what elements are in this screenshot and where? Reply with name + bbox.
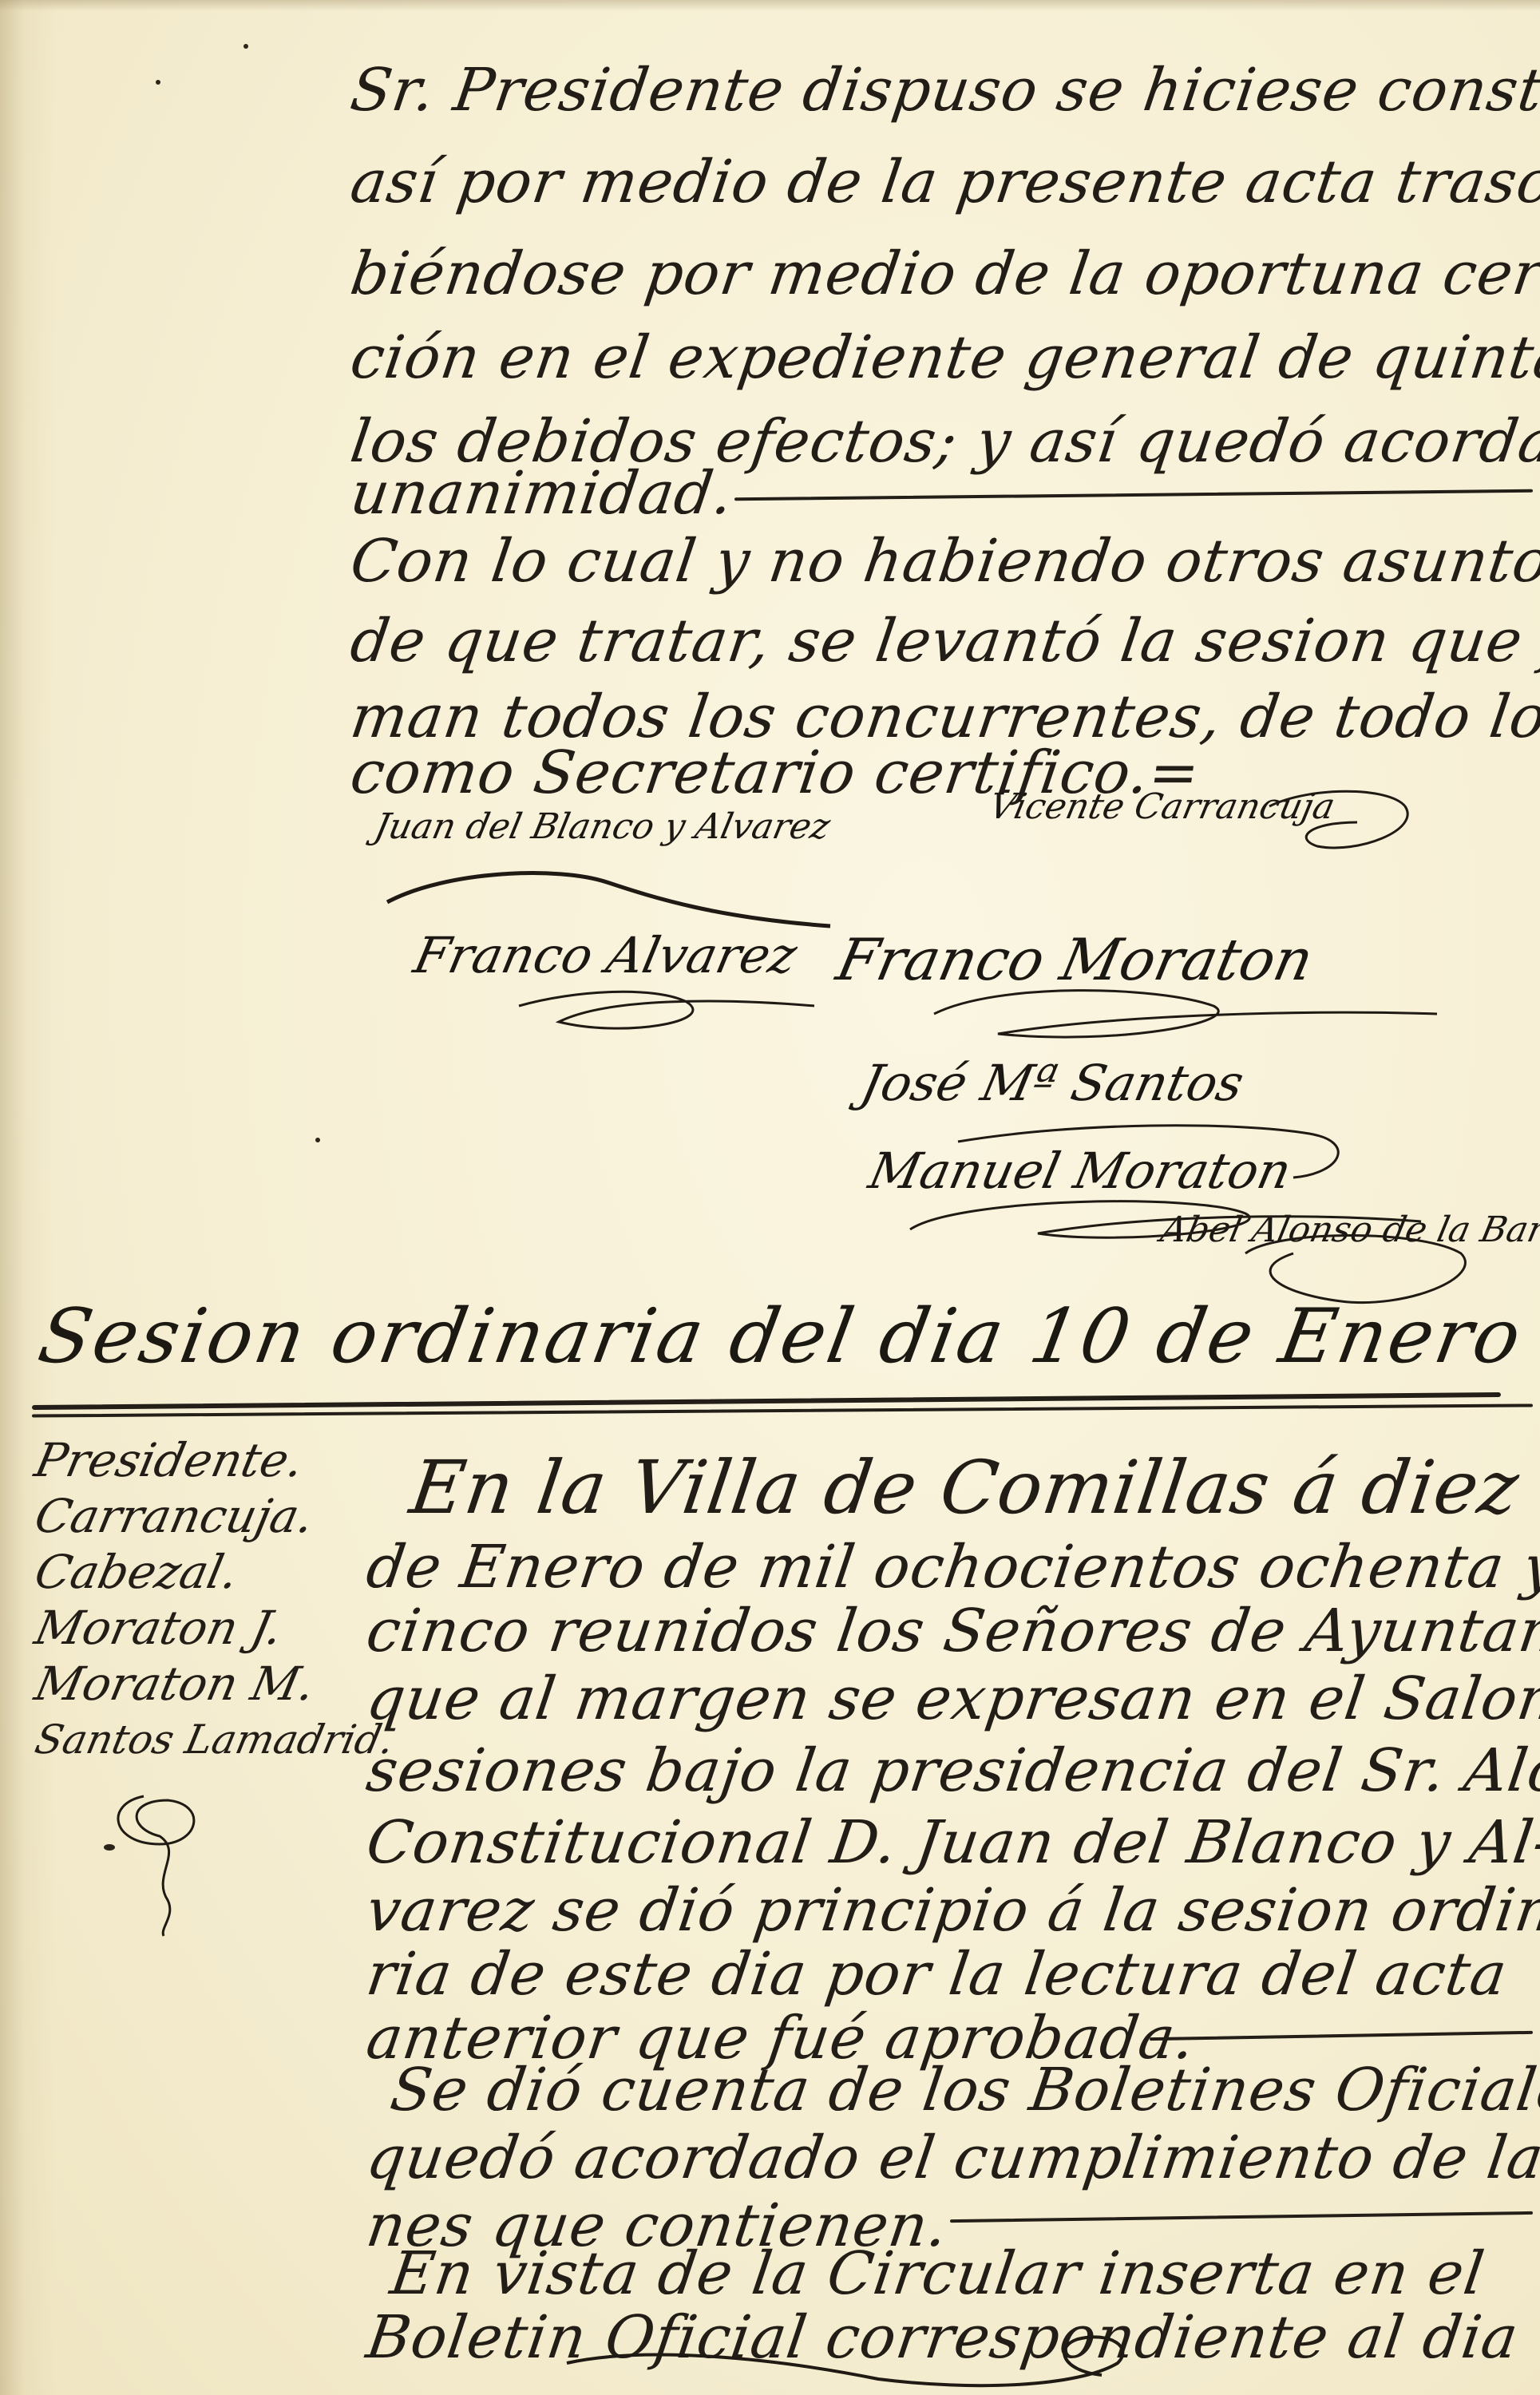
paper-speck [104,1844,115,1851]
margin-attendee: Moraton J. [30,1601,287,1655]
bottom-flourish [559,2315,1517,2395]
manuscript-page: Sr. Presidente dispuso se hiciese consta… [0,0,1540,2395]
text-line: En la Villa de Comillas á diez [405,1445,1524,1530]
paper-speck [243,44,248,49]
text-line: sesiones bajo la presidencia del Sr. Alc… [362,1736,1540,1805]
text-line: Se dió cuenta de los Boletines Oficiales… [386,2056,1540,2124]
text-line: cinco reunidos los Señores de Ayuntamien… [362,1597,1540,1665]
margin-attendee: Cabezal. [30,1545,243,1599]
line-filler-rule [1150,2031,1533,2041]
text-line: de Enero de mil ochocientos ochenta y [362,1533,1540,1601]
margin-attendee: Santos Lamadrid. [31,1716,398,1763]
text-line: Constitucional D. Juan del Blanco y Al- [362,1808,1540,1877]
session-heading: Sesion ordinaria del dia 10 de Enero de … [32,1293,1540,1380]
margin-attendee: Carrancuja. [30,1489,319,1543]
margin-attendee: Presidente. [30,1433,309,1487]
text-line: varez se dió principio á la sesion ordin… [362,1876,1540,1945]
margin-attendee: Moraton M. [30,1657,320,1711]
text-line: En vista de la Circular inserta en el [386,2239,1489,2308]
paper-speck [315,1138,320,1142]
text-line: ria de este dia por la lectura del acta [362,1940,1511,2009]
margin-rubric-flourish [80,1780,240,1940]
signature-flourishes [0,0,1540,1373]
line-filler-rule [950,2211,1533,2223]
text-line: que al margen se expresan en el Salon de [362,1665,1540,1733]
text-line: quedó acordado el cumplimiento de las or… [362,2124,1540,2192]
paper-speck [156,80,160,85]
